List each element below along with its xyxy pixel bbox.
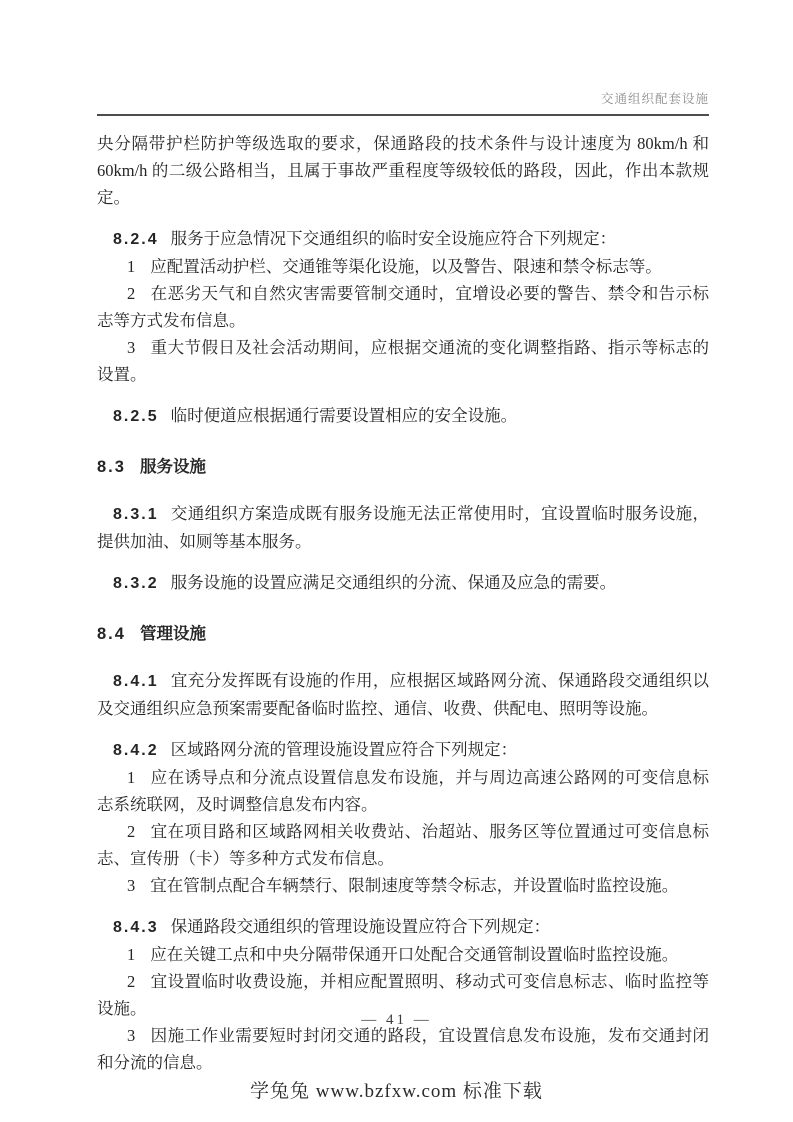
page-content: 交通组织配套设施 央分隔带护栏防护等级选取的要求，保通路段的技术条件与设计速度为…: [97, 92, 709, 1076]
clause-number: 8.2.5: [113, 408, 159, 425]
clause-number: 8.4.1: [113, 673, 159, 690]
clause-number: 8.2.4: [113, 231, 159, 248]
item-text: 应在关键工点和中央分隔带保通开口处配合交通管制设置临时监控设施。: [150, 945, 678, 964]
header-rule: [97, 114, 709, 116]
item-number: 3: [127, 876, 135, 895]
intro-paragraph: 央分隔带护栏防护等级选取的要求，保通路段的技术条件与设计速度为 80km/h 和…: [97, 130, 709, 211]
list-item: 3宜在管制点配合车辆禁行、限制速度等禁令标志，并设置临时监控设施。: [97, 872, 709, 899]
running-header-title: 交通组织配套设施: [97, 92, 709, 107]
clause-8-3-1: 8.3.1交通组织方案造成既有服务设施无法正常使用时，宜设置临时服务设施，提供加…: [97, 500, 709, 555]
clause-number: 8.4.2: [113, 742, 159, 759]
clause-8-4-1: 8.4.1宜充分发挥既有设施的作用，应根据区域路网分流、保通路段交通组织以及交通…: [97, 667, 709, 722]
clause-8-4-2: 8.4.2区域路网分流的管理设施设置应符合下列规定：: [97, 736, 709, 764]
list-item: 2宜在项目路和区域路网相关收费站、治超站、服务区等位置通过可变信息标志、宣传册（…: [97, 818, 709, 872]
section-heading-8-3: 8.3服务设施: [97, 454, 709, 481]
list-item: 1应配置活动护栏、交通锥等渠化设施，以及警告、限速和禁令标志等。: [97, 253, 709, 280]
heading-text: 服务设施: [140, 458, 206, 476]
item-text: 宜在管制点配合车辆禁行、限制速度等禁令标志，并设置临时监控设施。: [150, 876, 678, 895]
item-text: 应在诱导点和分流点设置信息发布设施，并与周边高速公路网的可变信息标志系统联网，及…: [97, 768, 709, 814]
clause-number: 8.3.1: [113, 506, 159, 523]
heading-number: 8.3: [97, 458, 126, 476]
item-text: 宜在项目路和区域路网相关收费站、治超站、服务区等位置通过可变信息标志、宣传册（卡…: [97, 822, 709, 868]
item-number: 2: [127, 822, 135, 841]
item-number: 1: [127, 945, 135, 964]
item-text: 因施工作业需要短时封闭交通的路段，宜设置信息发布设施，发布交通封闭和分流的信息。: [97, 1026, 709, 1072]
item-number: 1: [127, 257, 135, 276]
clause-8-3-2: 8.3.2服务设施的设置应满足交通组织的分流、保通及应急的需要。: [97, 569, 709, 597]
section-heading-8-4: 8.4管理设施: [97, 621, 709, 648]
item-text: 在恶劣天气和自然灾害需要管制交通时，宜增设必要的警告、禁令和告示标志等方式发布信…: [97, 284, 709, 330]
item-text: 应配置活动护栏、交通锥等渠化设施，以及警告、限速和禁令标志等。: [150, 257, 662, 276]
document-page: 交通组织配套设施 央分隔带护栏防护等级选取的要求，保通路段的技术条件与设计速度为…: [0, 0, 793, 1122]
clause-number: 8.4.3: [113, 919, 159, 936]
item-number: 3: [127, 338, 135, 357]
watermark-text: 学兔兔 www.bzfxw.com 标准下载: [0, 1076, 793, 1103]
item-number: 2: [127, 972, 135, 991]
clause-8-4-3: 8.4.3保通路段交通组织的管理设施设置应符合下列规定：: [97, 913, 709, 941]
list-item: 3因施工作业需要短时封闭交通的路段，宜设置信息发布设施，发布交通封闭和分流的信息…: [97, 1022, 709, 1076]
item-number: 2: [127, 284, 135, 303]
clause-8-2-5: 8.2.5临时便道应根据通行需要设置相应的安全设施。: [97, 402, 709, 430]
list-item: 2在恶劣天气和自然灾害需要管制交通时，宜增设必要的警告、禁令和告示标志等方式发布…: [97, 280, 709, 334]
clause-text: 保通路段交通组织的管理设施设置应符合下列规定：: [171, 917, 551, 936]
heading-text: 管理设施: [140, 625, 206, 643]
clause-text: 区域路网分流的管理设施设置应符合下列规定：: [171, 740, 518, 759]
list-item: 1应在关键工点和中央分隔带保通开口处配合交通管制设置临时监控设施。: [97, 941, 709, 968]
list-item: 1应在诱导点和分流点设置信息发布设施，并与周边高速公路网的可变信息标志系统联网，…: [97, 764, 709, 818]
item-text: 重大节假日及社会活动期间，应根据交通流的变化调整指路、指示等标志的设置。: [97, 338, 709, 384]
clause-text: 服务设施的设置应满足交通组织的分流、保通及应急的需要。: [171, 573, 617, 592]
clause-text: 服务于应急情况下交通组织的临时安全设施应符合下列规定：: [171, 229, 617, 248]
page-number: — 41 —: [0, 1012, 793, 1029]
item-number: 1: [127, 768, 135, 787]
clause-8-2-4: 8.2.4服务于应急情况下交通组织的临时安全设施应符合下列规定：: [97, 225, 709, 253]
clause-text: 宜充分发挥既有设施的作用，应根据区域路网分流、保通路段交通组织以及交通组织应急预…: [97, 671, 709, 718]
clause-number: 8.3.2: [113, 575, 159, 592]
heading-number: 8.4: [97, 625, 126, 643]
clause-text: 临时便道应根据通行需要设置相应的安全设施。: [171, 406, 518, 425]
clause-text: 交通组织方案造成既有服务设施无法正常使用时，宜设置临时服务设施，提供加油、如厕等…: [97, 504, 709, 551]
list-item: 3重大节假日及社会活动期间，应根据交通流的变化调整指路、指示等标志的设置。: [97, 334, 709, 388]
